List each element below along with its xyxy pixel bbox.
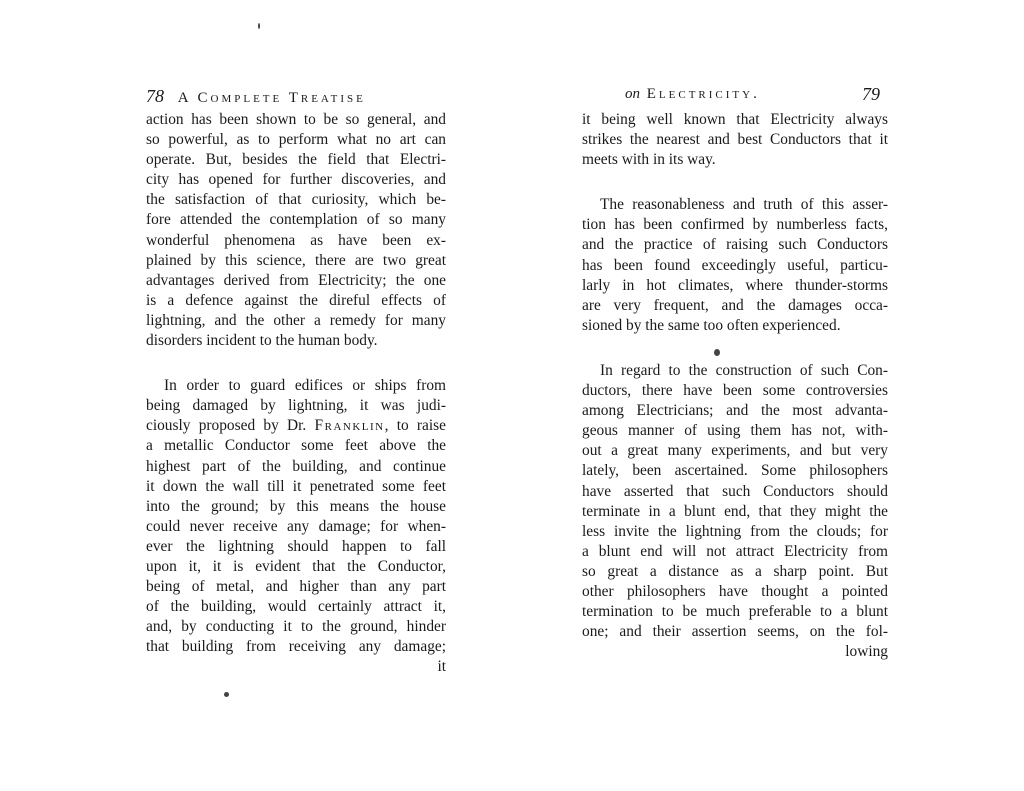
text-line: of the building, would certainly attract… — [146, 597, 446, 617]
text-line: termination to be much preferable to a b… — [582, 602, 888, 622]
text-line: upon it, it is evident that the Conducto… — [146, 557, 446, 577]
text-line: disorders incident to the human body. — [146, 331, 446, 351]
text-line: it being well known that Electricity alw… — [582, 110, 888, 130]
text-line: The reasonableness and truth of this ass… — [582, 195, 888, 215]
ink-speck — [258, 23, 260, 29]
text-line: lightning, and the other a remedy for ma… — [146, 311, 446, 331]
text-line: meets with in its way. — [582, 150, 888, 170]
text-line: is a defence against the direful effects… — [146, 291, 446, 311]
catchword: it — [146, 657, 446, 677]
text-line: geous manner of using them has not, with… — [582, 421, 888, 441]
text-line: it down the wall till it penetrated some… — [146, 477, 446, 497]
text-line: ductors, there have been some controvers… — [582, 381, 888, 401]
text-line: action has been shown to be so general, … — [146, 110, 446, 130]
text-line: that building from receiving any damage; — [146, 637, 446, 657]
text-line: being of metal, and higher than any part — [146, 577, 446, 597]
text-line: a metallic Conductor some feet above the — [146, 436, 446, 456]
text-line: and, by conducting it to the ground, hin… — [146, 617, 446, 637]
text-line: has been found exceedingly useful, parti… — [582, 256, 888, 276]
text-line: so powerful, as to perform what no art c… — [146, 130, 446, 150]
text-line: have asserted that such Conductors shoul… — [582, 482, 888, 502]
ink-speck — [224, 692, 229, 697]
running-title: on Electricity. — [625, 86, 760, 102]
text-line: and the practice of raising such Conduct… — [582, 235, 888, 255]
text-line: other philosophers have thought a pointe… — [582, 582, 888, 602]
ink-speck — [714, 349, 720, 356]
catchword: lowing — [582, 642, 888, 662]
text-line: terminate in a blunt end, that they migh… — [582, 502, 888, 522]
text-line: a blunt end will not attract Electricity… — [582, 542, 888, 562]
text-line: so great a distance as a sharp point. Bu… — [582, 562, 888, 582]
text-line: larly in hot climates, where thunder-sto… — [582, 276, 888, 296]
right-page-body: it being well known that Electricity alw… — [582, 110, 888, 662]
text-line: ciously proposed by Dr. Franklin, to rai… — [146, 416, 446, 436]
left-page-header: 78 A Complete Treatise — [146, 86, 446, 107]
text-line: into the ground; by this means the house — [146, 497, 446, 517]
text-line: among Electricians; and the most advanta… — [582, 401, 888, 421]
text-line: fore attended the contemplation of so ma… — [146, 210, 446, 230]
text-line: highest part of the building, and contin… — [146, 457, 446, 477]
text-line: ever the lightning should happen to fall — [146, 537, 446, 557]
author-name: Franklin — [315, 417, 385, 434]
text-line: city has opened for further discoveries,… — [146, 170, 446, 190]
text-line: could never receive any damage; for when… — [146, 517, 446, 537]
text-line: out a great many experiments, and but ve… — [582, 441, 888, 461]
text-line: lately, been ascertained. Some philosoph… — [582, 461, 888, 481]
text-line: plained by this science, there are two g… — [146, 251, 446, 271]
right-page-header: on Electricity. 79 — [625, 86, 880, 103]
text-line: In order to guard edifices or ships from — [146, 376, 446, 396]
text-line: being damaged by lightning, it was judi- — [146, 396, 446, 416]
text-line: one; and their assertion seems, on the f… — [582, 622, 888, 642]
text-line: operate. But, besides the field that Ele… — [146, 150, 446, 170]
page-number: 79 — [862, 84, 880, 105]
text-line: the satisfaction of that curiosity, whic… — [146, 190, 446, 210]
text-line: are very frequent, and the damages occa- — [582, 296, 888, 316]
text-line: tion has been confirmed by numberless fa… — [582, 215, 888, 235]
page-number: 78 — [146, 86, 164, 106]
text-line: advantages derived from Electricity; the… — [146, 271, 446, 291]
text-line: less invite the lightning from the cloud… — [582, 522, 888, 542]
text-line: In regard to the construction of such Co… — [582, 361, 888, 381]
text-line: strikes the nearest and best Conductors … — [582, 130, 888, 150]
text-line: sioned by the same too often experienced… — [582, 316, 888, 336]
running-title: A Complete Treatise — [178, 90, 366, 106]
text-line: wonderful phenomena as have been ex- — [146, 231, 446, 251]
left-page-body: action has been shown to be so general, … — [146, 110, 446, 678]
